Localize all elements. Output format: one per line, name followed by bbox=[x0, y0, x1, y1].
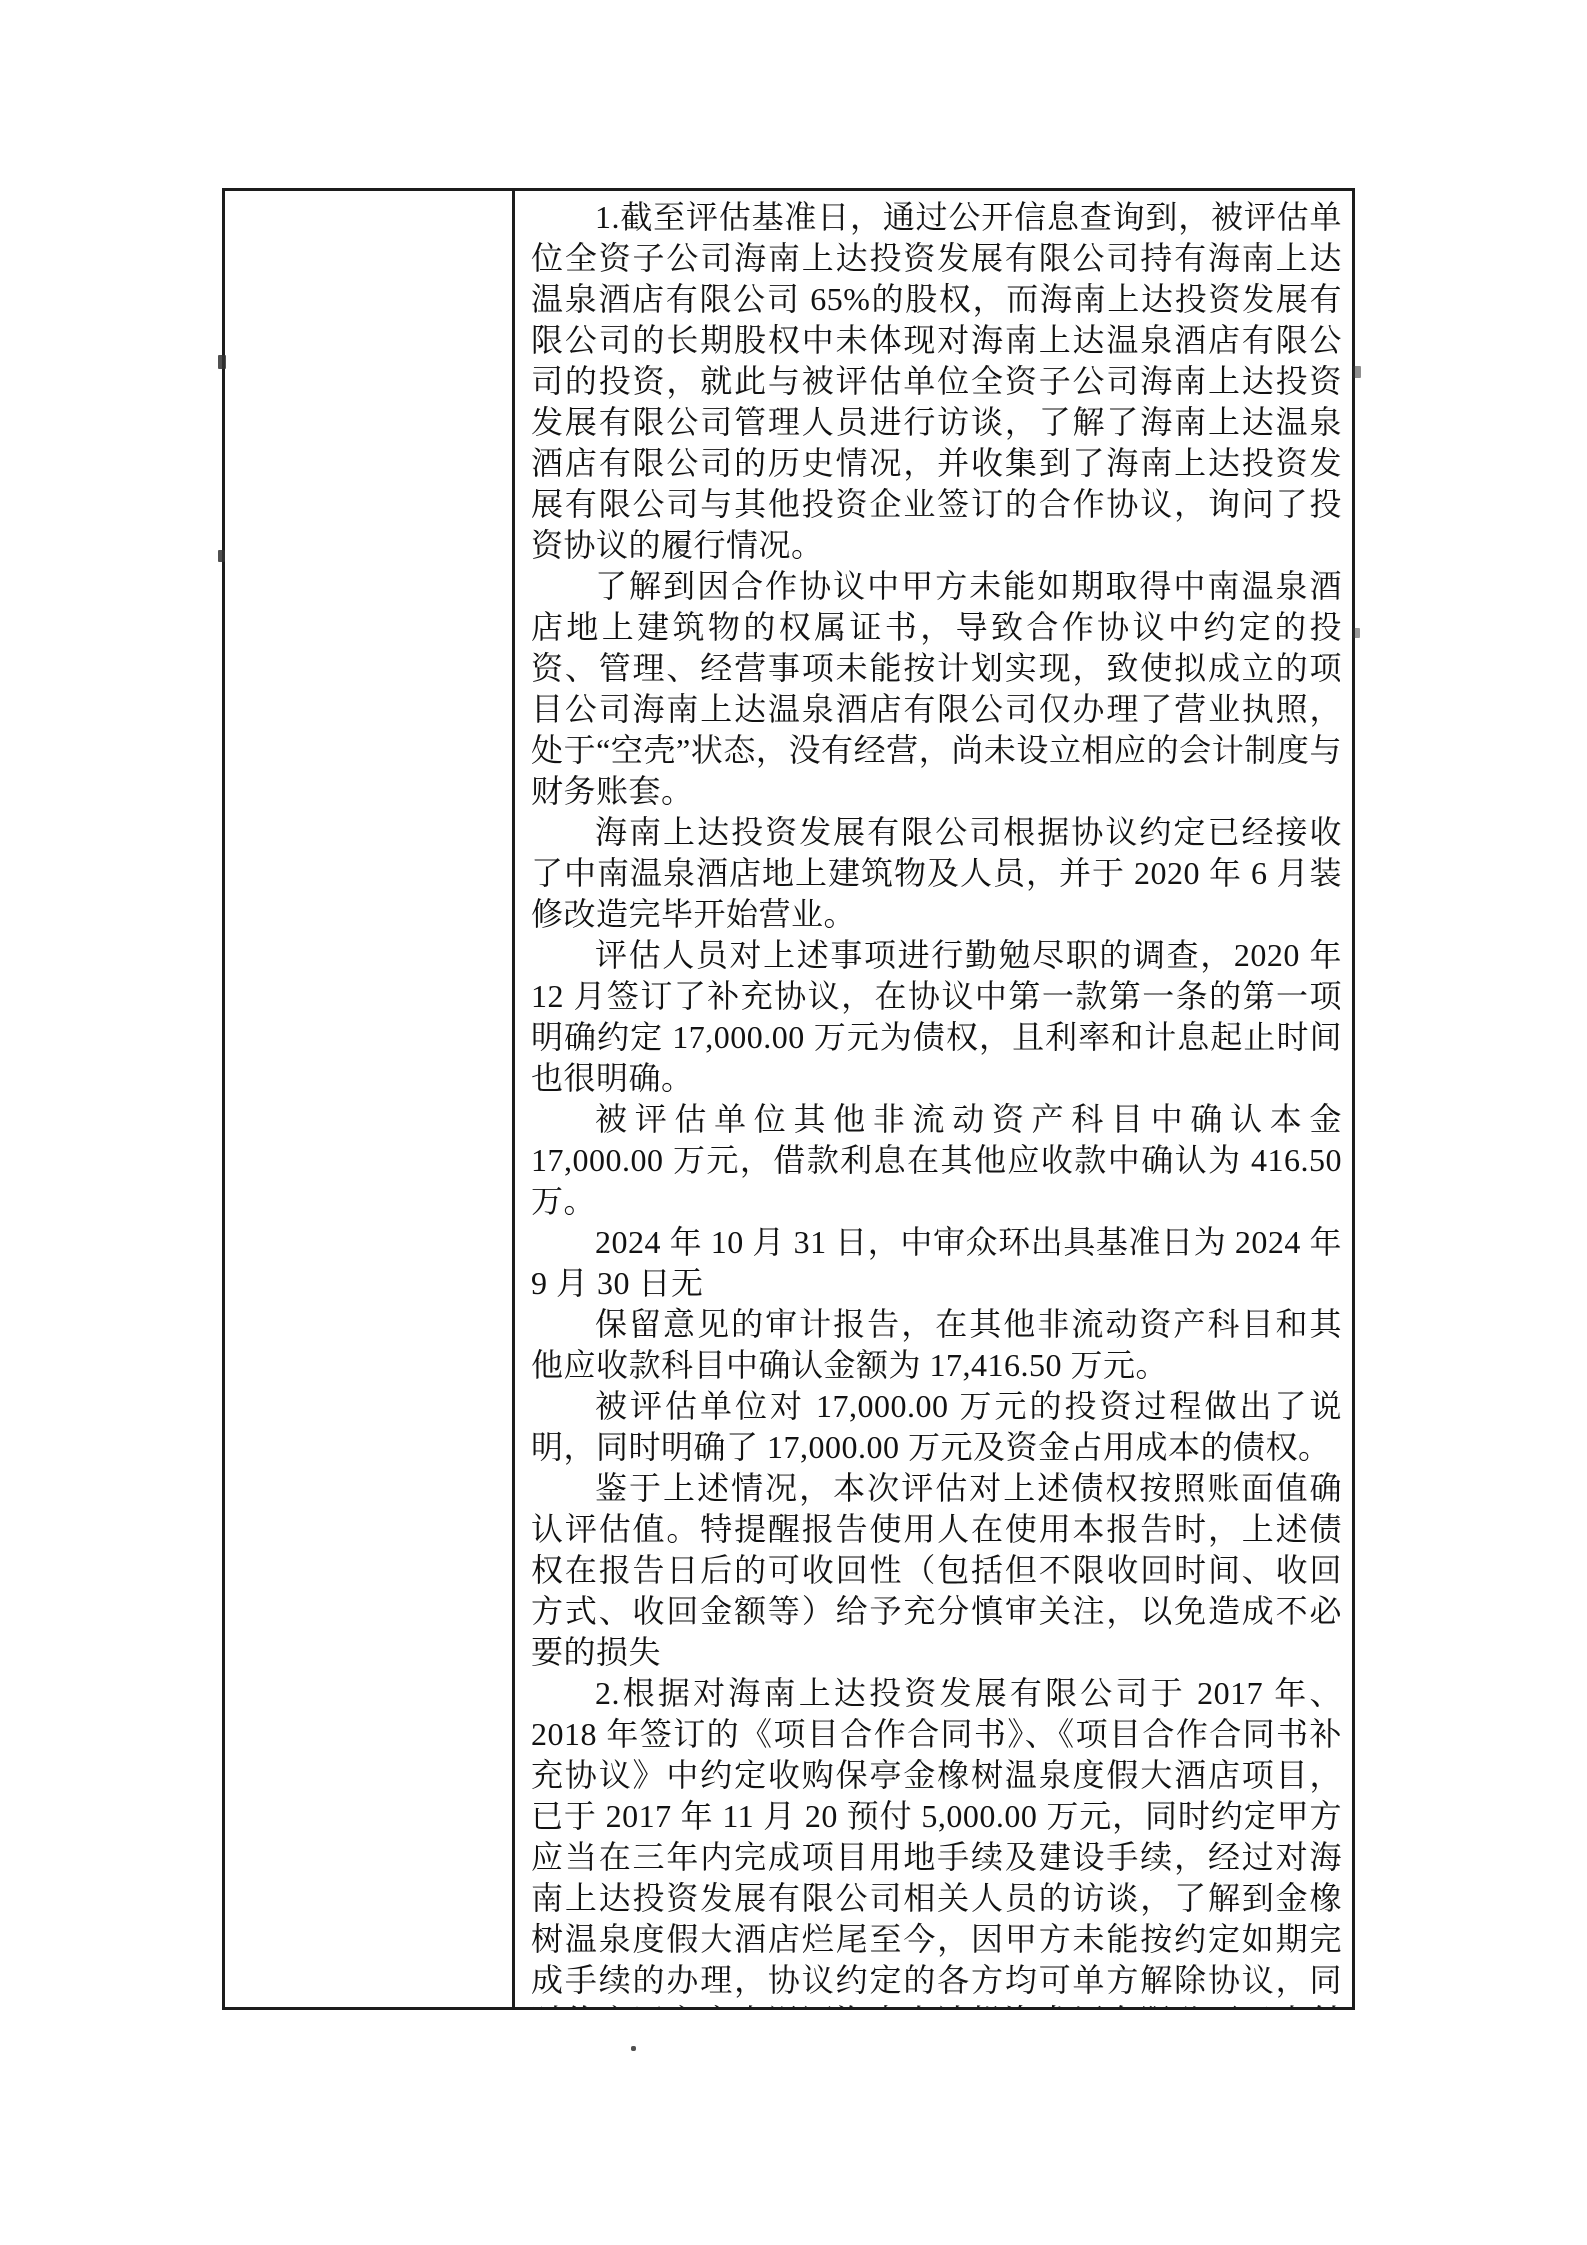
paragraph: 了解到因合作协议中甲方未能如期取得中南温泉酒店地上建筑物的权属证书，导致合作协议… bbox=[531, 566, 1342, 812]
ink-speck bbox=[631, 2046, 636, 2051]
report-table: 1.截至评估基准日，通过公开信息查询到，被评估单位全资子公司海南上达投资发展有限… bbox=[222, 188, 1355, 2010]
paragraph: 被评估单位对 17,000.00 万元的投资过程做出了说明，同时明确了 17,0… bbox=[531, 1386, 1342, 1468]
paragraph: 鉴于上述情况，本次评估对上述债权按照账面值确认评估值。特提醒报告使用人在使用本报… bbox=[531, 1468, 1342, 1673]
ink-speck bbox=[218, 550, 225, 562]
paragraph: 2024 年 10 月 31 日，中审众环出具基准日为 2024 年 9 月 3… bbox=[531, 1222, 1342, 1304]
paragraph: 2.根据对海南上达投资发展有限公司于 2017 年、2018 年签订的《项目合作… bbox=[531, 1673, 1342, 2007]
paragraph: 评估人员对上述事项进行勤勉尽职的调查，2020 年 12 月签订了补充协议，在协… bbox=[531, 935, 1342, 1099]
table-cell-label-empty bbox=[225, 191, 515, 2007]
paragraph: 保留意见的审计报告，在其他非流动资产科目和其他应收款科目中确认金额为 17,41… bbox=[531, 1304, 1342, 1386]
scanned-page: 1.截至评估基准日，通过公开信息查询到，被评估单位全资子公司海南上达投资发展有限… bbox=[0, 0, 1587, 2245]
ink-speck bbox=[1353, 628, 1360, 638]
table-cell-content: 1.截至评估基准日，通过公开信息查询到，被评估单位全资子公司海南上达投资发展有限… bbox=[515, 191, 1352, 2007]
paragraph: 海南上达投资发展有限公司根据协议约定已经接收了中南温泉酒店地上建筑物及人员，并于… bbox=[531, 812, 1342, 935]
paragraph: 被评估单位其他非流动资产科目中确认本金 17,000.00 万元，借款利息在其他… bbox=[531, 1099, 1342, 1222]
ink-speck bbox=[1353, 366, 1361, 378]
ink-speck bbox=[218, 355, 226, 369]
paragraph: 1.截至评估基准日，通过公开信息查询到，被评估单位全资子公司海南上达投资发展有限… bbox=[531, 197, 1342, 566]
